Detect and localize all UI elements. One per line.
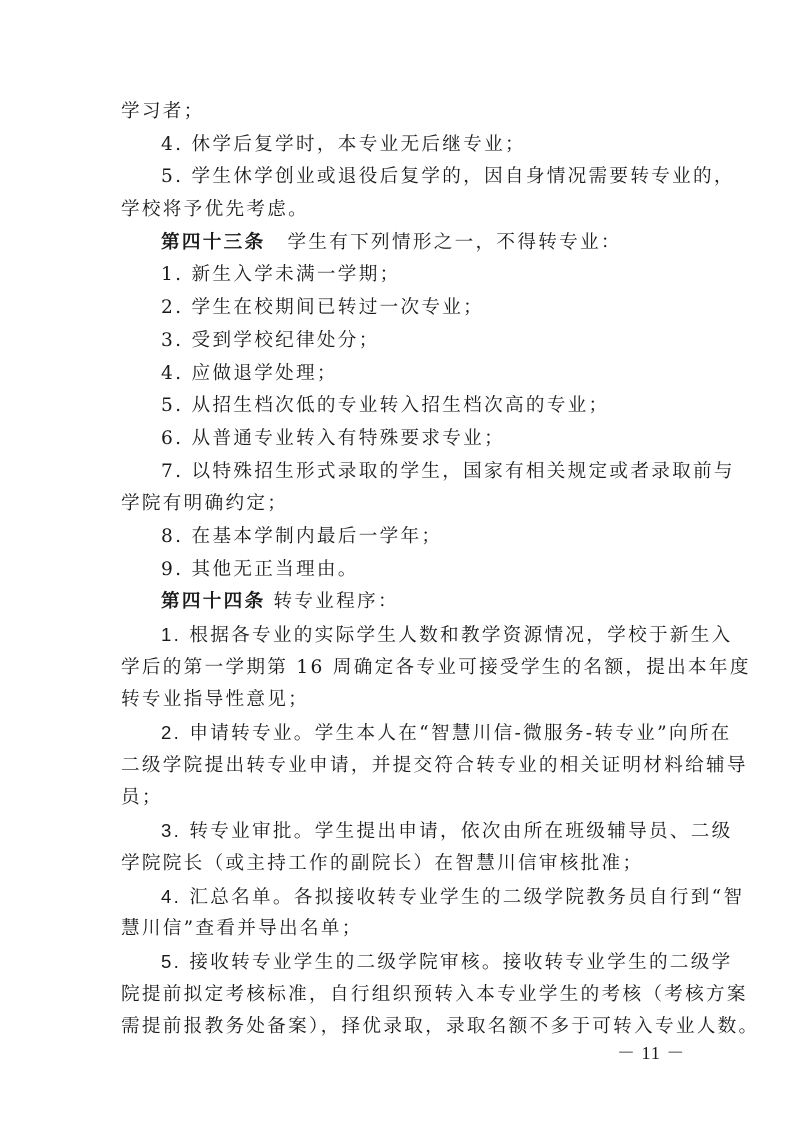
procedure-text: 慧川信”查看并导出名单； [121, 918, 363, 939]
procedure-text: 员； [121, 787, 163, 808]
procedure-line: 员； [121, 782, 674, 815]
procedure-text: 院提前拟定考核标准，自行组织预转入本专业学生的考核（考核方案 [121, 984, 748, 1005]
procedure-line: 慧川信”查看并导出名单； [121, 913, 674, 946]
procedure-text: 二级学院提出转专业申请，并提交符合转专业的相关证明材料给辅导 [121, 755, 748, 776]
article-44-heading-line: 第四十四条转专业程序： [121, 586, 674, 619]
procedure-line: 院提前拟定考核标准，自行组织预转入本专业学生的考核（考核方案 [121, 979, 674, 1012]
paragraph-line: 5. 学生休学创业或退役后复学的，因自身情况需要转专业的， [121, 161, 674, 194]
procedure-line: 2. 申请转专业。学生本人在“智慧川信-微服务-转专业”向所在 [121, 717, 674, 750]
procedure-line: 4. 汇总名单。各拟接收转专业学生的二级学院教务员自行到“智 [121, 881, 674, 914]
procedure-line: 1. 根据各专业的实际学生人数和教学资源情况，学校于新生入 [121, 619, 674, 652]
procedure-line: 学院院长（或主持工作的副院长）在智慧川信审核批准； [121, 848, 674, 881]
list-item: 6. 从普通专业转入有特殊要求专业； [121, 423, 674, 456]
procedure-line: 转专业指导性意见； [121, 684, 674, 717]
procedure-line: 3. 转专业审批。学生提出申请，依次由所在班级辅导员、二级 [121, 815, 674, 848]
list-item: 7. 以特殊招生形式录取的学生，国家有相关规定或者录取前与 [121, 456, 674, 489]
procedure-number: 5. [161, 951, 181, 972]
article-43-heading-line: 第四十三条学生有下列情形之一，不得转专业： [121, 227, 674, 260]
list-item: 1. 新生入学未满一学期； [121, 259, 674, 292]
procedure-text: 学后的第一学期第 16 周确定各专业可接受学生的名额，提出本年度 [121, 657, 751, 678]
list-item: 3. 受到学校纪律处分； [121, 325, 674, 358]
procedure-text: 转专业审批。学生提出申请，依次由所在班级辅导员、二级 [189, 821, 732, 842]
procedure-number: 3. [161, 820, 181, 841]
procedure-line: 需提前报教务处备案），择优录取，录取名额不多于可转入专业人数。 [121, 1011, 674, 1044]
procedure-text: 需提前报教务处备案），择优录取，录取名额不多于可转入专业人数。 [121, 1016, 759, 1037]
article-43-intro: 学生有下列情形之一，不得转专业： [287, 232, 621, 253]
procedure-text: 申请转专业。学生本人在“智慧川信-微服务-转专业”向所在 [189, 723, 731, 744]
list-item: 9. 其他无正当理由。 [121, 554, 674, 587]
procedure-text: 学院院长（或主持工作的副院长）在智慧川信审核批准； [121, 853, 643, 874]
list-item: 5. 从招生档次低的专业转入招生档次高的专业； [121, 390, 674, 423]
paragraph-line: 学校将予优先考虑。 [121, 194, 674, 227]
list-item: 8. 在基本学制内最后一学年； [121, 521, 674, 554]
list-item: 4. 应做退学处理； [121, 358, 674, 391]
paragraph-line: 4. 休学后复学时，本专业无后继专业； [121, 129, 674, 162]
procedure-number: 2. [161, 722, 181, 743]
procedure-line: 二级学院提出转专业申请，并提交符合转专业的相关证明材料给辅导 [121, 750, 674, 783]
procedure-number: 4. [161, 886, 181, 907]
article-44-heading: 第四十四条 [161, 591, 265, 612]
article-44-intro: 转专业程序： [273, 591, 398, 612]
paragraph-line: 学习者； [121, 96, 674, 129]
page-number: － 11 － [617, 1039, 685, 1065]
document-page: 学习者； 4. 休学后复学时，本专业无后继专业； 5. 学生休学创业或退役后复学… [121, 96, 674, 1044]
procedure-line: 学后的第一学期第 16 周确定各专业可接受学生的名额，提出本年度 [121, 652, 674, 685]
procedure-line: 5. 接收转专业学生的二级学院审核。接收转专业学生的二级学 [121, 946, 674, 979]
procedure-number: 1. [161, 624, 181, 645]
list-item: 2. 学生在校期间已转过一次专业； [121, 292, 674, 325]
procedure-text: 根据各专业的实际学生人数和教学资源情况，学校于新生入 [189, 625, 732, 646]
article-43-heading: 第四十三条 [161, 232, 265, 253]
procedure-text: 汇总名单。各拟接收转专业学生的二级学院教务员自行到“智 [189, 887, 744, 908]
procedure-text: 转专业指导性意见； [121, 689, 309, 710]
list-item-continuation: 学院有明确约定； [121, 488, 674, 521]
procedure-text: 接收转专业学生的二级学院审核。接收转专业学生的二级学 [189, 952, 732, 973]
